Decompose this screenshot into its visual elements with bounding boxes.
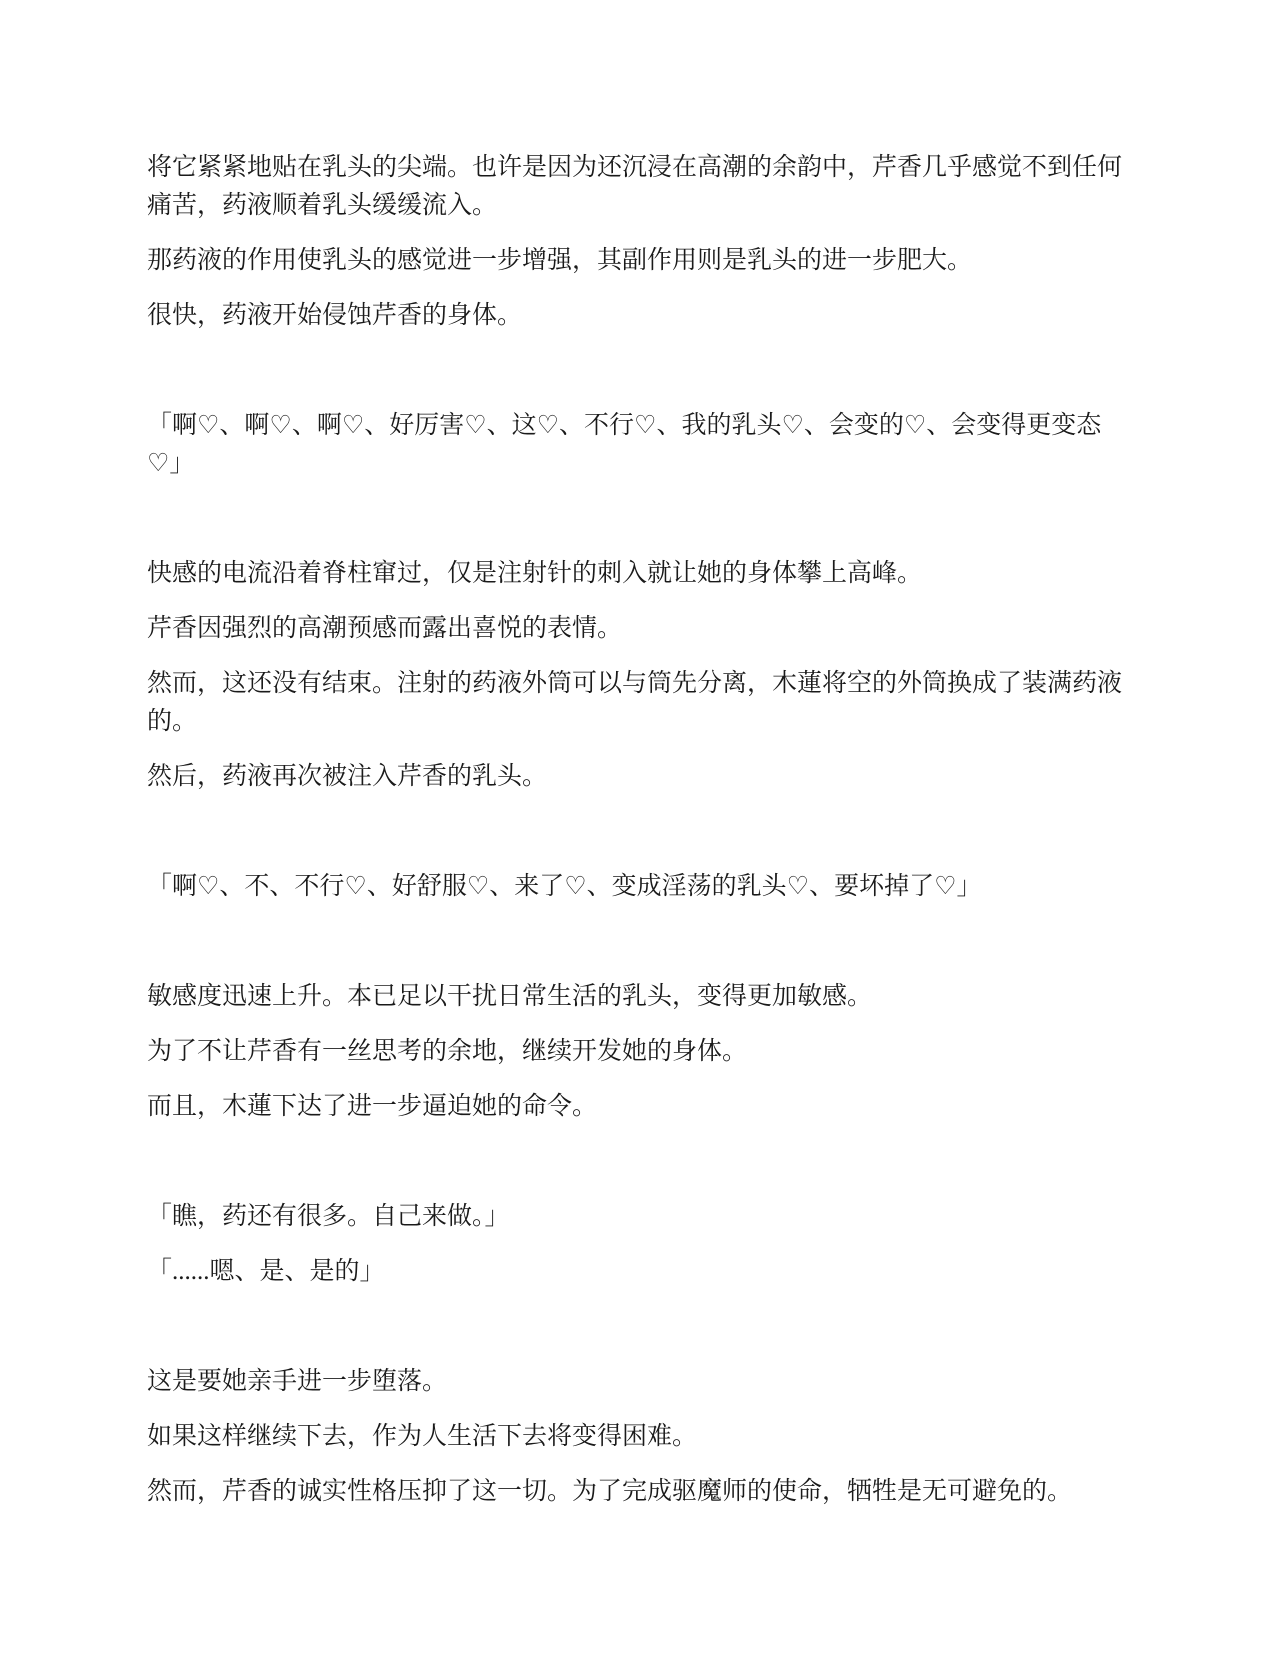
body-paragraph: 为了不让芹香有一丝思考的余地，继续开发她的身体。 [147,1033,1133,1071]
body-paragraph: 芹香因强烈的高潮预感而露出喜悦的表情。 [147,610,1133,648]
dialogue-line: 「啊♡、不、不行♡、好舒服♡、来了♡、变成淫荡的乳头♡、要坏掉了♡」 [147,868,1133,906]
body-paragraph: 而且，木蓮下达了进一步逼迫她的命令。 [147,1088,1133,1126]
section-spacer [147,1143,1133,1181]
section-spacer [147,500,1133,538]
body-paragraph: 这是要她亲手进一步堕落。 [147,1363,1133,1401]
body-paragraph: 然而，芹香的诚实性格压抑了这一切。为了完成驱魔师的使命，牺牲是无可避免的。 [147,1473,1133,1511]
document-page: 将它紧紧地贴在乳头的尖端。也许是因为还沉浸在高潮的余韵中，芹香几乎感觉不到任何痛… [0,0,1280,1656]
section-spacer [147,352,1133,390]
dialogue-line: 「啊♡、啊♡、啊♡、好厉害♡、这♡、不行♡、我的乳头♡、会变的♡、会变得更变态♡… [147,407,1133,483]
document-content: 将它紧紧地贴在乳头的尖端。也许是因为还沉浸在高潮的余韵中，芹香几乎感觉不到任何痛… [0,0,1280,1511]
body-paragraph: 如果这样继续下去，作为人生活下去将变得困难。 [147,1418,1133,1456]
body-paragraph: 那药液的作用使乳头的感觉进一步增强，其副作用则是乳头的进一步肥大。 [147,242,1133,280]
body-paragraph: 然而，这还没有结束。注射的药液外筒可以与筒先分离，木蓮将空的外筒换成了装满药液的… [147,665,1133,741]
body-paragraph: 然后，药液再次被注入芹香的乳头。 [147,758,1133,796]
body-paragraph: 很快，药液开始侵蚀芹香的身体。 [147,297,1133,335]
section-spacer [147,1308,1133,1346]
body-paragraph: 敏感度迅速上升。本已足以干扰日常生活的乳头，变得更加敏感。 [147,978,1133,1016]
section-spacer [147,813,1133,851]
dialogue-line: 「瞧，药还有很多。自己来做。」 [147,1198,1133,1236]
section-spacer [147,923,1133,961]
body-paragraph: 快感的电流沿着脊柱窜过，仅是注射针的刺入就让她的身体攀上高峰。 [147,555,1133,593]
dialogue-line: 「......嗯、是、是的」 [147,1253,1133,1291]
body-paragraph: 将它紧紧地贴在乳头的尖端。也许是因为还沉浸在高潮的余韵中，芹香几乎感觉不到任何痛… [147,149,1133,225]
